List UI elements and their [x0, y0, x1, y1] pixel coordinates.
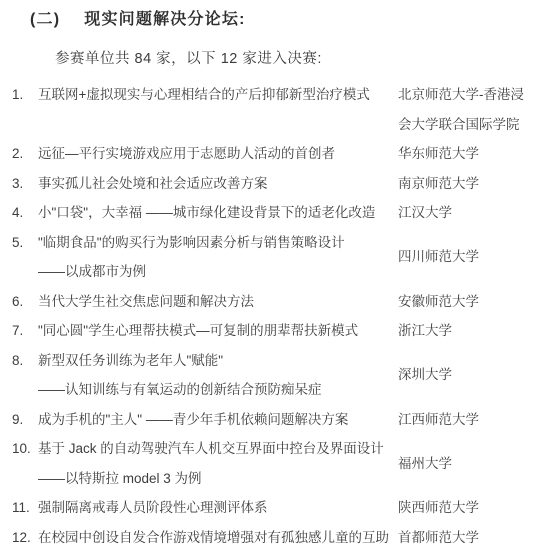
item-number: 5. — [12, 228, 38, 258]
item-title-line1: 远征—平行实境游戏应用于志愿助人活动的首创者 — [38, 139, 394, 169]
section-title: 现实问题解决分论坛: — [84, 10, 245, 30]
item-university: 南京师范大学 — [398, 169, 537, 199]
item-university: 首都师范大学 — [398, 523, 537, 553]
item-title-line1: 当代大学生社交焦虑问题和解决方法 — [38, 287, 394, 317]
item-title-line1: 互联网+虚拟现实与心理相结合的产后抑郁新型治疗模式 — [38, 80, 394, 110]
section-number: (二) — [30, 10, 60, 30]
item-title-line1: 成为手机的"主人" ——青少年手机依赖问题解决方案 — [38, 405, 394, 435]
item-title: 当代大学生社交焦虑问题和解决方法 — [38, 287, 398, 317]
item-title-line1: 强制隔离戒毒人员阶段性心理测评体系 — [38, 493, 394, 523]
list-item: 3. 事实孤儿社会处境和社会适应改善方案 南京师范大学 — [0, 169, 537, 199]
item-title: 小"口袋"，大幸福 ——城市绿化建设背景下的适老化改造 — [38, 198, 398, 228]
item-title-line1: "临期食品"的购买行为影响因素分析与销售策略设计 — [38, 228, 394, 258]
section-heading: (二) 现实问题解决分论坛: — [30, 10, 537, 30]
list-item: 1. 互联网+虚拟现实与心理相结合的产后抑郁新型治疗模式 北京师范大学-香港浸会… — [0, 80, 537, 139]
item-number: 10. — [12, 434, 38, 464]
item-title-line1: "同心圆"学生心理帮扶模式—可复制的朋辈帮扶新模式 — [38, 316, 394, 346]
item-title-line1: 新型双任务训练为老年人"赋能" — [38, 346, 394, 376]
list-item: 8. 新型双任务训练为老年人"赋能" ——认知训练与有氧运动的创新结合预防痴呆症… — [0, 346, 537, 405]
item-title: 互联网+虚拟现实与心理相结合的产后抑郁新型治疗模式 — [38, 80, 398, 110]
item-title: 基于 Jack 的自动驾驶汽车人机交互界面中控台及界面设计 ——以特斯拉 mod… — [38, 434, 398, 493]
item-number: 7. — [12, 316, 38, 346]
finalist-list: 1. 互联网+虚拟现实与心理相结合的产后抑郁新型治疗模式 北京师范大学-香港浸会… — [0, 80, 537, 552]
item-title-line2: ——认知训练与有氧运动的创新结合预防痴呆症 — [38, 375, 394, 405]
list-item: 10. 基于 Jack 的自动驾驶汽车人机交互界面中控台及界面设计 ——以特斯拉… — [0, 434, 537, 493]
list-item: 6. 当代大学生社交焦虑问题和解决方法 安徽师范大学 — [0, 287, 537, 317]
item-university: 北京师范大学-香港浸会大学联合国际学院 — [398, 80, 537, 139]
item-title-line2: ——以成都市为例 — [38, 257, 394, 287]
item-title: 在校园中创设自发合作游戏情境增强对有孤独感儿童的互助 — [38, 523, 398, 553]
item-university: 华东师范大学 — [398, 139, 537, 169]
item-university: 深圳大学 — [398, 360, 537, 390]
item-title-line1: 事实孤儿社会处境和社会适应改善方案 — [38, 169, 394, 199]
item-title: "临期食品"的购买行为影响因素分析与销售策略设计 ——以成都市为例 — [38, 228, 398, 287]
item-number: 8. — [12, 346, 38, 376]
item-title-line1: 在校园中创设自发合作游戏情境增强对有孤独感儿童的互助 — [38, 523, 394, 553]
list-item: 11. 强制隔离戒毒人员阶段性心理测评体系 陕西师范大学 — [0, 493, 537, 523]
list-item: 12. 在校园中创设自发合作游戏情境增强对有孤独感儿童的互助 首都师范大学 — [0, 523, 537, 553]
item-title: 成为手机的"主人" ——青少年手机依赖问题解决方案 — [38, 405, 398, 435]
item-number: 6. — [12, 287, 38, 317]
item-university: 陕西师范大学 — [398, 493, 537, 523]
document-page: (二) 现实问题解决分论坛: 参赛单位共 84 家，以下 12 家进入决赛: 1… — [0, 0, 537, 559]
item-title: 新型双任务训练为老年人"赋能" ——认知训练与有氧运动的创新结合预防痴呆症 — [38, 346, 398, 405]
item-title-line1: 基于 Jack 的自动驾驶汽车人机交互界面中控台及界面设计 — [38, 434, 394, 464]
item-title: 事实孤儿社会处境和社会适应改善方案 — [38, 169, 398, 199]
forum-subtitle: 参赛单位共 84 家，以下 12 家进入决赛: — [55, 50, 537, 68]
list-item: 4. 小"口袋"，大幸福 ——城市绿化建设背景下的适老化改造 江汉大学 — [0, 198, 537, 228]
item-number: 4. — [12, 198, 38, 228]
item-university: 四川师范大学 — [398, 242, 537, 272]
item-university: 安徽师范大学 — [398, 287, 537, 317]
item-university: 江西师范大学 — [398, 405, 537, 435]
item-title: 强制隔离戒毒人员阶段性心理测评体系 — [38, 493, 398, 523]
item-number: 1. — [12, 80, 38, 110]
item-title-line1: 小"口袋"，大幸福 ——城市绿化建设背景下的适老化改造 — [38, 198, 394, 228]
item-university: 浙江大学 — [398, 316, 537, 346]
list-item: 5. "临期食品"的购买行为影响因素分析与销售策略设计 ——以成都市为例 四川师… — [0, 228, 537, 287]
item-title: 远征—平行实境游戏应用于志愿助人活动的首创者 — [38, 139, 398, 169]
item-number: 11. — [12, 493, 38, 523]
list-item: 9. 成为手机的"主人" ——青少年手机依赖问题解决方案 江西师范大学 — [0, 405, 537, 435]
item-number: 2. — [12, 139, 38, 169]
list-item: 2. 远征—平行实境游戏应用于志愿助人活动的首创者 华东师范大学 — [0, 139, 537, 169]
list-item: 7. "同心圆"学生心理帮扶模式—可复制的朋辈帮扶新模式 浙江大学 — [0, 316, 537, 346]
item-number: 3. — [12, 169, 38, 199]
item-university: 江汉大学 — [398, 198, 537, 228]
item-title: "同心圆"学生心理帮扶模式—可复制的朋辈帮扶新模式 — [38, 316, 398, 346]
item-title-line2: ——以特斯拉 model 3 为例 — [38, 464, 394, 494]
item-number: 9. — [12, 405, 38, 435]
item-university: 福州大学 — [398, 449, 537, 479]
item-number: 12. — [12, 523, 38, 553]
